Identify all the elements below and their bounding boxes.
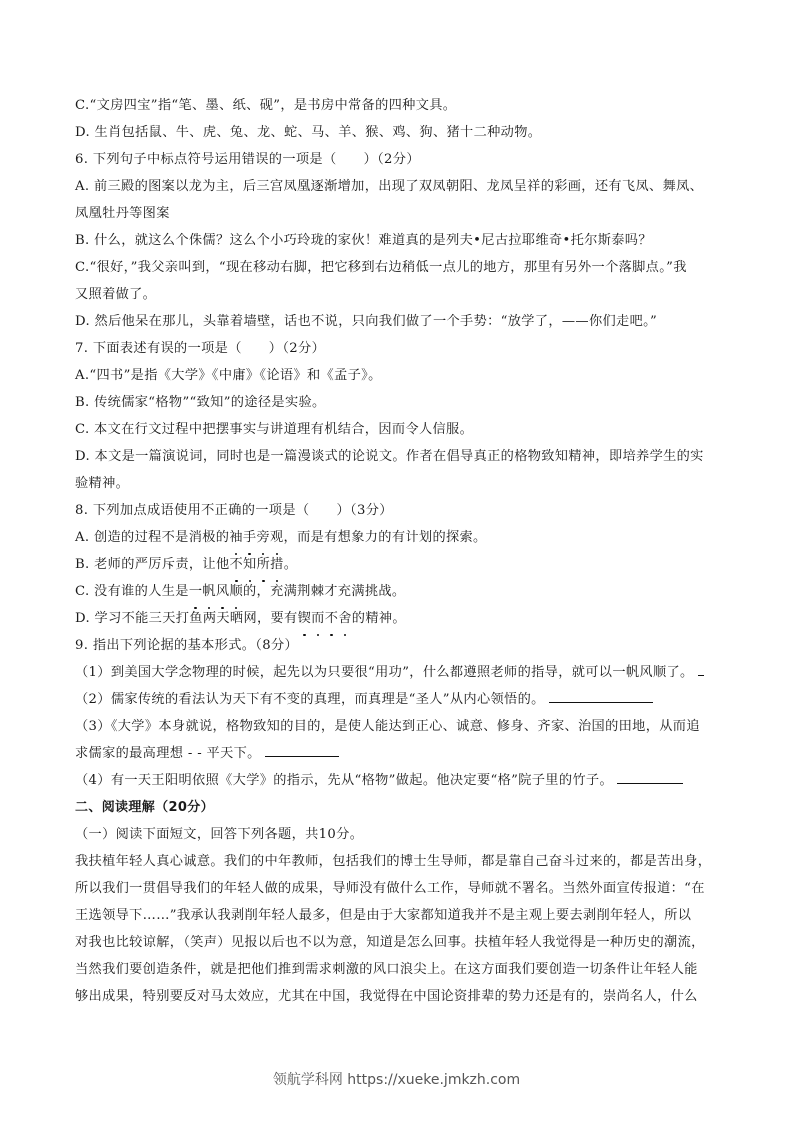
option-text: C. 没有谁的人生是 bbox=[75, 584, 189, 599]
answer-blank[interactable] bbox=[698, 661, 704, 676]
question-8: 8. 下列加点成语使用不正确的一项是（ ）（3分） bbox=[75, 497, 727, 524]
item-text: 求儒家的最高理想 - - 平天下。 bbox=[75, 746, 261, 761]
answer-blank[interactable] bbox=[265, 742, 339, 757]
section-subheading: （一）阅读下面短文，回答下列各题，共10分。 bbox=[75, 821, 727, 848]
emphasis-dot-char: 一 bbox=[189, 578, 203, 605]
q9-item-4: （4）有一天王阳明依照《大学》的指示，先从“格物”做起。他决定要“格”院子里的竹… bbox=[75, 767, 727, 794]
footer-site-name: 领航学科网 bbox=[273, 1072, 343, 1088]
passage-line: 我扶植年轻人真心诚意。我们的中年教师，包括我们的博士生导师，都是靠自己奋斗过来的… bbox=[75, 848, 727, 875]
option-line: C. 本文在行文过程中把摆事实与讲道理有机结合，因而令人信服。 bbox=[75, 416, 727, 443]
item-text: （3）《大学》本身就说，格物致知的目的，是使人能达到正心、诚意、修身、齐家、治国… bbox=[75, 719, 700, 734]
emphasis-dot-char: 帆 bbox=[202, 578, 216, 605]
emphasis-dot-char: 舍 bbox=[338, 605, 352, 632]
passage-line: 王选领导下……”我承认我剥削年轻人最多，但是由于大家都知道我并不是主观上要去剥削… bbox=[75, 902, 727, 929]
q8-option-a: A. 创造的过程不是消极的袖手旁观，而是有想象力的有计划的探索。 bbox=[75, 524, 727, 551]
item-text: （1）到美国大学念物理的时候，起先以为只要很“用功”，什么都遵照老师的指导，就可… bbox=[75, 665, 694, 680]
emphasis-dot-char: 顺 bbox=[229, 578, 243, 605]
q9-item-1: （1）到美国大学念物理的时候，起先以为只要很“用功”，什么都遵照老师的指导，就可… bbox=[75, 659, 727, 686]
option-line-continued: 又照着做了。 bbox=[75, 281, 727, 308]
emphasis-dot-char: 不 bbox=[230, 551, 244, 578]
option-line: B. 什么，就这么个侏儒？这么个小巧玲珑的家伙！难道真的是列夫•尼古拉耶维奇•托… bbox=[75, 227, 727, 254]
document-page: C.“文房四宝”指“笔、墨、纸、砚”，是书房中常备的四种文具。 D. 生肖包括鼠… bbox=[75, 92, 727, 1010]
emphasized-idiom: 不知所措 bbox=[230, 557, 284, 572]
page-footer: 领航学科网 https://xueke.jmkzh.com bbox=[0, 1069, 793, 1089]
passage-line: 对我也比较谅解，（笑声）见报以后也不以为意，知道是怎么回事。扶植年轻人我觉得是一… bbox=[75, 929, 727, 956]
emphasized-idiom: 一帆风顺 bbox=[189, 584, 243, 599]
option-line: A. 前三殿的图案以龙为主，后三宫凤凰逐渐增加，出现了双凤朝阳、龙凤呈祥的彩画，… bbox=[75, 173, 727, 200]
passage-line: 所以我们一贯倡导我们的年轻人做的成果，导师没有做什么工作，导师就不署名。当然外面… bbox=[75, 875, 727, 902]
option-line: D. 生肖包括鼠、牛、虎、兔、龙、蛇、马、羊、猴、鸡、狗、猪十二种动物。 bbox=[75, 119, 727, 146]
answer-blank[interactable] bbox=[617, 769, 683, 784]
q9-item-2: （2）儒家传统的看法认为天下有不变的真理，而真理是“圣人”从内心领悟的。 bbox=[75, 686, 727, 713]
emphasis-dot-char: 袖 bbox=[229, 524, 243, 551]
emphasis-dot-char: 旁 bbox=[256, 524, 270, 551]
option-text: 的精神。 bbox=[352, 611, 406, 626]
q8-option-d: D. 学习不能三天打鱼两天晒网，要有锲而不舍的精神。 bbox=[75, 605, 727, 632]
passage-line: 当然我们要创造条件，就是把他们推到需求刺激的风口浪尖上。在这方面我们要创造一切条… bbox=[75, 956, 727, 983]
emphasis-dot-char: 而 bbox=[311, 605, 325, 632]
option-line: C.“很好，”我父亲叫到，“现在移动右脚，把它移到右边稍低一点儿的地方，那里有另… bbox=[75, 254, 727, 281]
emphasis-dot-char: 措 bbox=[270, 551, 284, 578]
option-line: D. 本文是一篇演说词，同时也是一篇漫谈式的论说文。作者在倡导真正的格物致知精神… bbox=[75, 443, 727, 470]
emphasis-dot-char: 锲 bbox=[298, 605, 312, 632]
answer-blank[interactable] bbox=[549, 688, 653, 703]
section-heading: 二、阅读理解（20分） bbox=[75, 794, 727, 821]
emphasis-dot-char: 不 bbox=[325, 605, 339, 632]
q9-item-3: （3）《大学》本身就说，格物致知的目的，是使人能达到正心、诚意、修身、齐家、治国… bbox=[75, 713, 727, 740]
option-text: ，而是有想象力的有计划的探索。 bbox=[284, 530, 487, 545]
emphasis-dot-char: 所 bbox=[257, 551, 271, 578]
footer-url[interactable]: https://xueke.jmkzh.com bbox=[347, 1072, 520, 1088]
option-text: 。 bbox=[284, 557, 298, 572]
option-line: B. 传统儒家“格物”“致知”的途径是实验。 bbox=[75, 389, 727, 416]
q9-item-3-continued: 求儒家的最高理想 - - 平天下。 bbox=[75, 740, 727, 767]
emphasized-idiom: 袖手旁观 bbox=[229, 530, 283, 545]
option-line: D. 然后他呆在那儿，头靠着墙壁，话也不说，只向我们做了一个手势：“放学了，——… bbox=[75, 308, 727, 335]
question-7: 7. 下面表述有误的一项是（ ）（2分） bbox=[75, 335, 727, 362]
q8-option-b: B. 老师的严厉斥责，让他不知所措。 bbox=[75, 551, 727, 578]
emphasized-idiom: 锲而不舍 bbox=[298, 611, 352, 626]
item-text: （4）有一天王阳明依照《大学》的指示，先从“格物”做起。他决定要“格”院子里的竹… bbox=[75, 773, 613, 788]
option-text: 的，充满荆棘才充满挑战。 bbox=[243, 584, 405, 599]
emphasis-dot-char: 手 bbox=[243, 524, 257, 551]
emphasis-dot-char: 知 bbox=[243, 551, 257, 578]
q8-option-c: C. 没有谁的人生是一帆风顺的，充满荆棘才充满挑战。 bbox=[75, 578, 727, 605]
option-line-continued: 验精神。 bbox=[75, 470, 727, 497]
option-line: C.“文房四宝”指“笔、墨、纸、砚”，是书房中常备的四种文具。 bbox=[75, 92, 727, 119]
question-9: 9. 指出下列论据的基本形式。（8分） bbox=[75, 632, 727, 659]
emphasis-dot-char: 观 bbox=[270, 524, 284, 551]
option-text: B. 老师的严厉斥责，让他 bbox=[75, 557, 230, 572]
passage-line: 够出成果，特别要反对马太效应，尤其在中国，我觉得在中国论资排辈的势力还是有的，崇… bbox=[75, 983, 727, 1010]
emphasis-dot-char: 风 bbox=[216, 578, 230, 605]
question-6: 6. 下列句子中标点符号运用错误的一项是（ ）（2分） bbox=[75, 146, 727, 173]
option-line: A.“四书”是指《大学》《中庸》《论语》和《孟子》。 bbox=[75, 362, 727, 389]
option-line-continued: 凤凰牡丹等图案 bbox=[75, 200, 727, 227]
item-text: （2）儒家传统的看法认为天下有不变的真理，而真理是“圣人”从内心领悟的。 bbox=[75, 692, 545, 707]
option-text: D. 学习不能三天打鱼两天晒网，要有 bbox=[75, 611, 298, 626]
option-text: A. 创造的过程不是消极的 bbox=[75, 530, 229, 545]
